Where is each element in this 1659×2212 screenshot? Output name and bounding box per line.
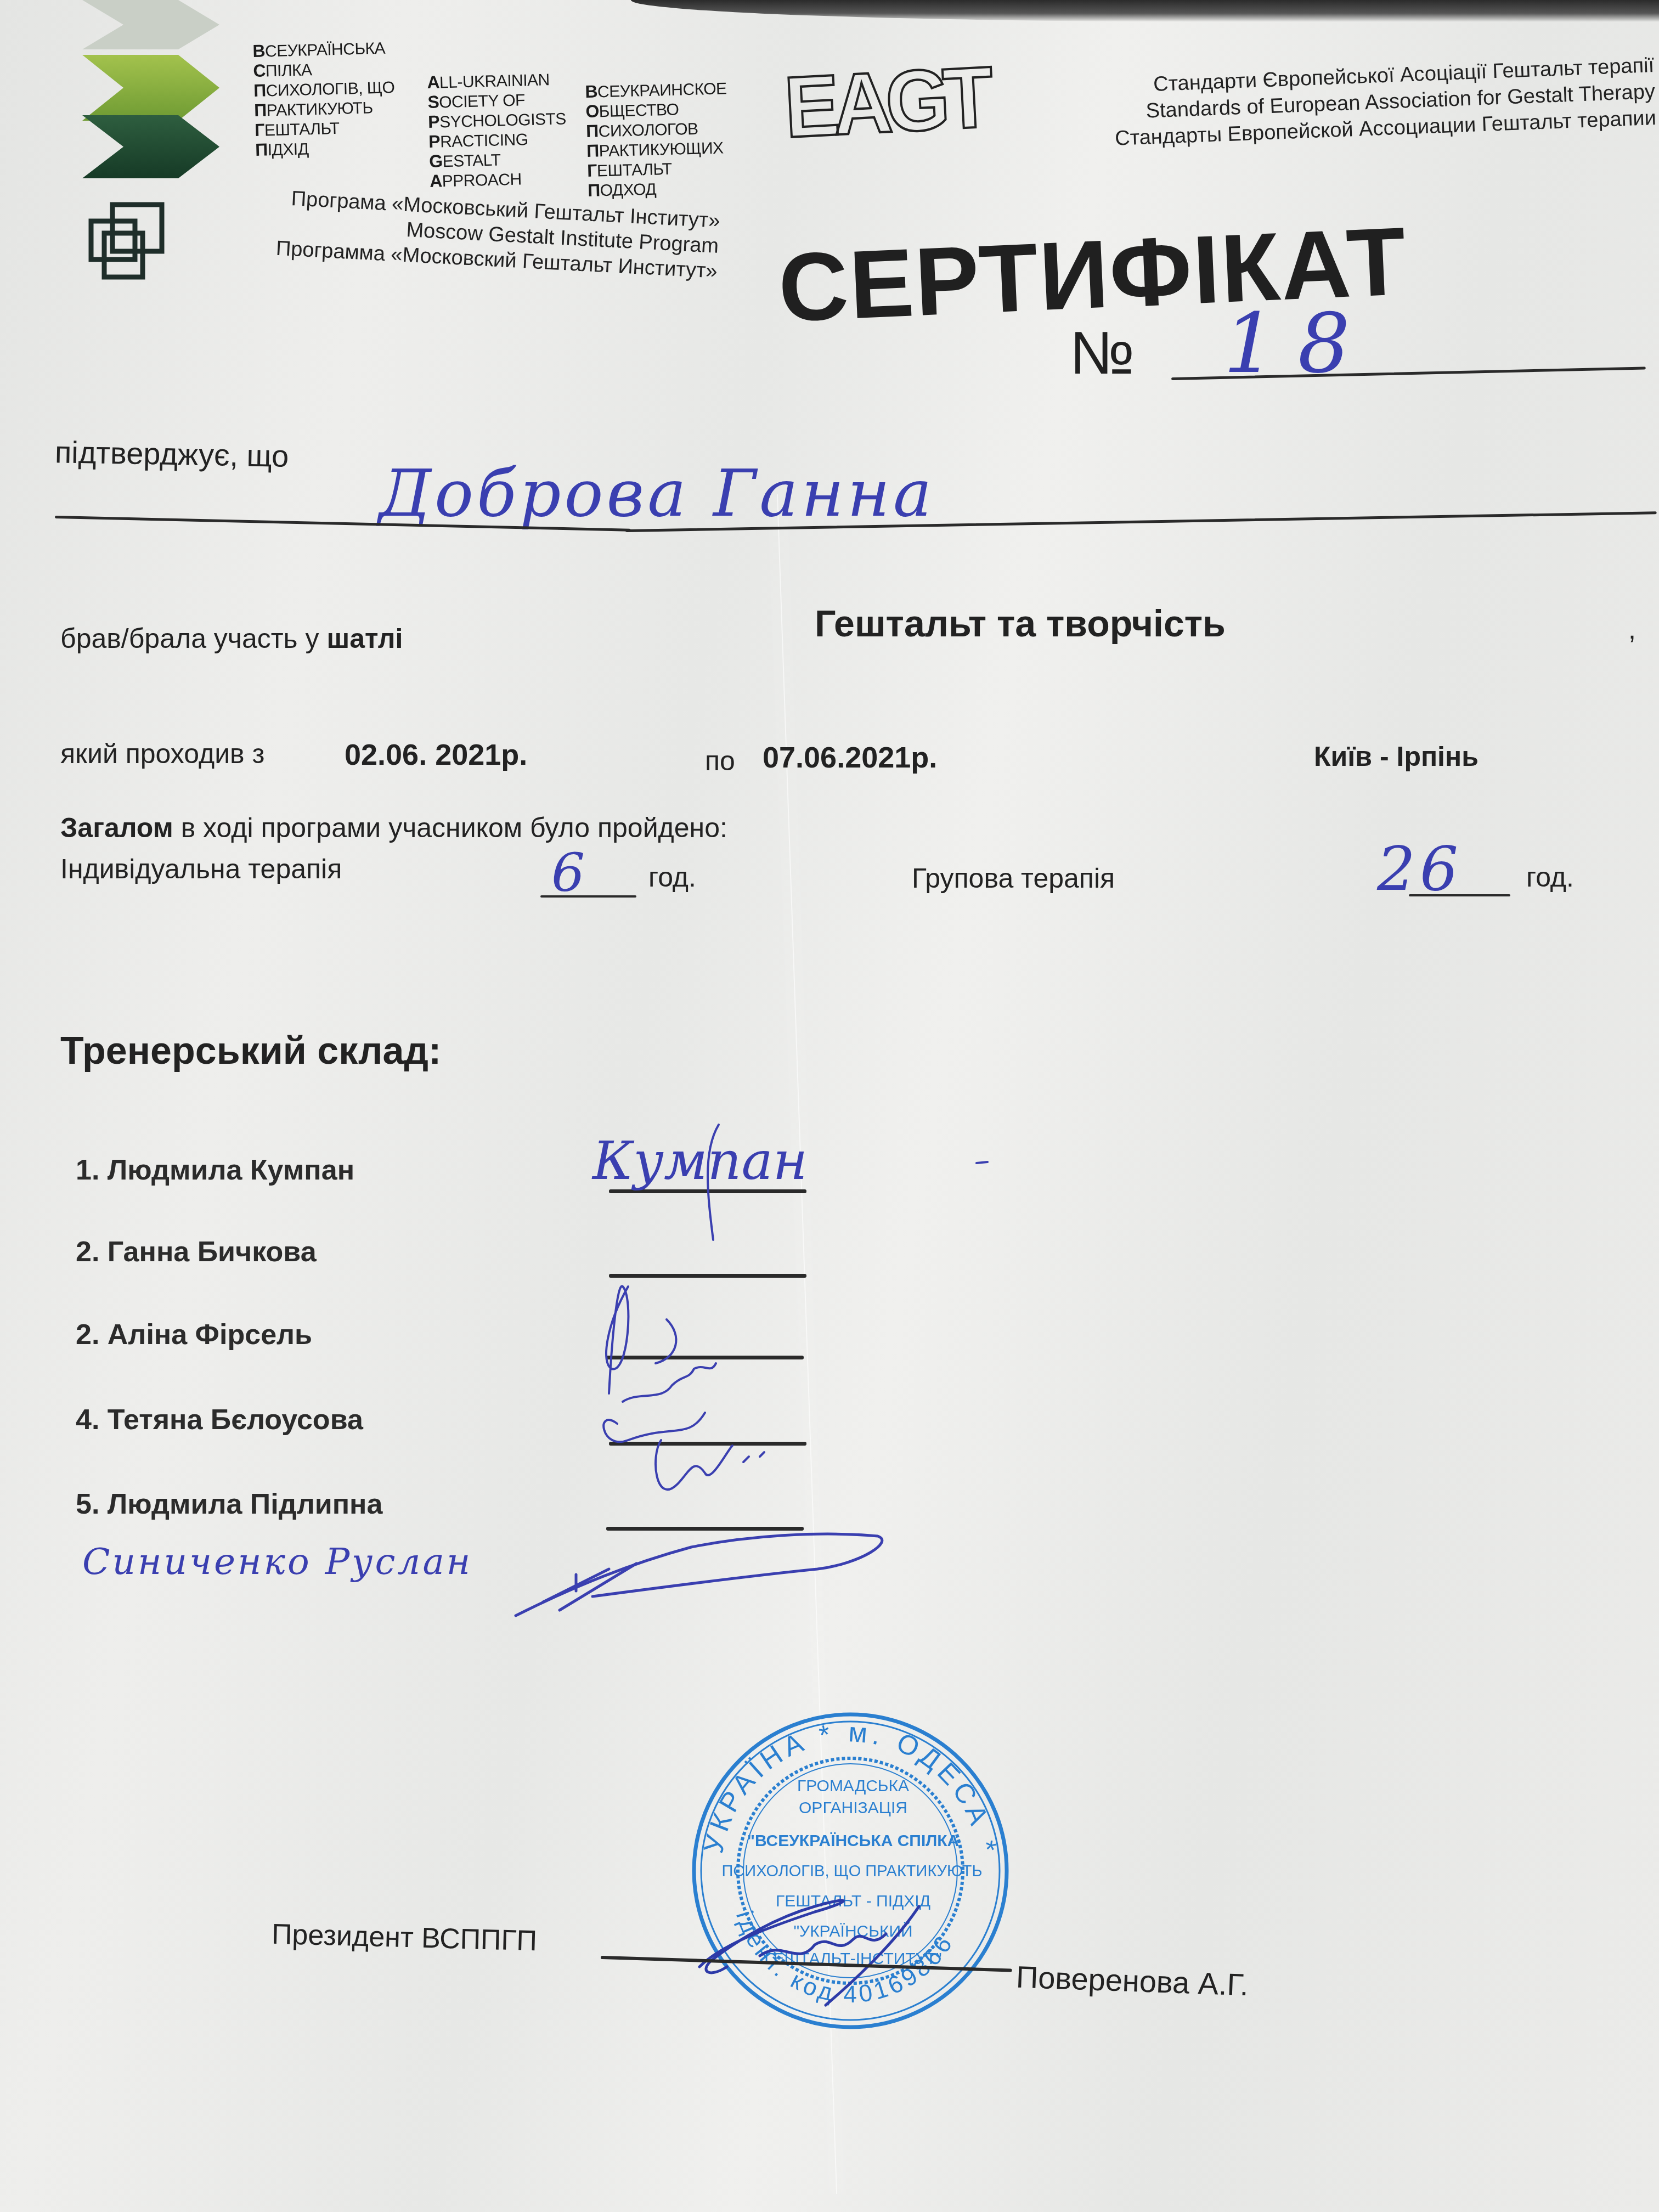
participated-label: брав/брала участь у шатлі — [60, 623, 403, 654]
individual-hours-unit: год. — [648, 861, 696, 893]
photo-edge-shadow — [631, 0, 1659, 22]
trainer-item: 2. Ганна Бичкова — [76, 1235, 317, 1268]
period-label: який проходив з — [60, 738, 264, 770]
president-name: Поверенова А.Г. — [1015, 1959, 1249, 2003]
mgi-program-text: Програма «Московський Гештальт Інститут»… — [275, 185, 721, 284]
logo-chevron-dark — [82, 115, 219, 178]
certificate-number-label: № — [1070, 318, 1135, 388]
eagt-logo: EAGT — [782, 47, 989, 157]
organization-stamp: УКРАЇНА * м. ОДЕСА * ідент. код 40169866… — [689, 1709, 1012, 2033]
to-label: по — [705, 745, 735, 777]
eagt-standards-text: Стандарти Європейської Асоціації Гешталь… — [1113, 52, 1657, 152]
individual-therapy-hours: 6 — [551, 842, 585, 904]
trainer-item: 5. Людмила Підлипна — [76, 1488, 382, 1521]
svg-text:ПСИХОЛОГІВ, ЩО ПРАКТИКУЮТЬ: ПСИХОЛОГІВ, ЩО ПРАКТИКУЮТЬ — [722, 1863, 983, 1880]
date-to: 07.06.2021р. — [763, 741, 937, 775]
org-name-russian: Всеукраинское Общество Психологов Практи… — [585, 78, 730, 201]
trainers-title: Тренерський склад: — [60, 1029, 441, 1073]
mgi-logo-icon — [88, 200, 170, 283]
handwritten-trainer-signature — [510, 1503, 894, 1624]
group-therapy-hours: 26 — [1377, 834, 1463, 904]
shuttle-title: Гештальт та творчість — [815, 602, 1226, 645]
individual-therapy-label: Індивідуальна терапія — [60, 853, 342, 885]
svg-text:"ВСЕУКРАЇНСЬКА СПІЛКА: "ВСЕУКРАЇНСЬКА СПІЛКА — [747, 1832, 960, 1850]
trainer-item: 4. Тетяна Бєлоусова — [76, 1403, 363, 1436]
group-hours-line — [1409, 894, 1510, 896]
date-from: 02.06. 2021р. — [345, 738, 527, 772]
org-name-ukrainian: Всеукраїнська Спілка Психологів, що Прак… — [252, 38, 397, 160]
individual-hours-line — [540, 895, 636, 898]
trainer-item: 2. Аліна Фірсель — [76, 1318, 312, 1351]
trainer-item: 1. Людмила Кумпан — [76, 1154, 354, 1187]
svg-text:ГРОМАДСЬКА: ГРОМАДСЬКА — [797, 1777, 909, 1795]
org-name-english: All-Ukrainian Society of Psychologists P… — [427, 69, 568, 191]
group-therapy-label: Групова терапія — [912, 862, 1115, 894]
recipient-name: Доброва Ганна — [379, 455, 935, 531]
vsppgp-logo — [60, 0, 236, 181]
logo-chevron-green — [82, 55, 219, 121]
logo-chevron-light — [82, 0, 219, 49]
shuttle-comma: , — [1628, 613, 1636, 645]
location: Київ - Ірпінь — [1314, 741, 1479, 772]
group-hours-unit: год. — [1526, 861, 1574, 893]
trainer-signature-strokes — [592, 1119, 1009, 1245]
confirms-label: підтверджує, що — [54, 434, 289, 473]
svg-text:ГЕШТАЛЬТ - ПІДХІД: ГЕШТАЛЬТ - ПІДХІД — [776, 1892, 930, 1910]
president-label: Президент ВСППГП — [271, 1918, 537, 1958]
svg-text:ОРГАНІЗАЦІЯ: ОРГАНІЗАЦІЯ — [799, 1799, 907, 1817]
total-summary: Загалом в ході програми учасником було п… — [60, 812, 727, 844]
handwritten-trainer-name: Синиченко Руслан — [82, 1541, 472, 1583]
